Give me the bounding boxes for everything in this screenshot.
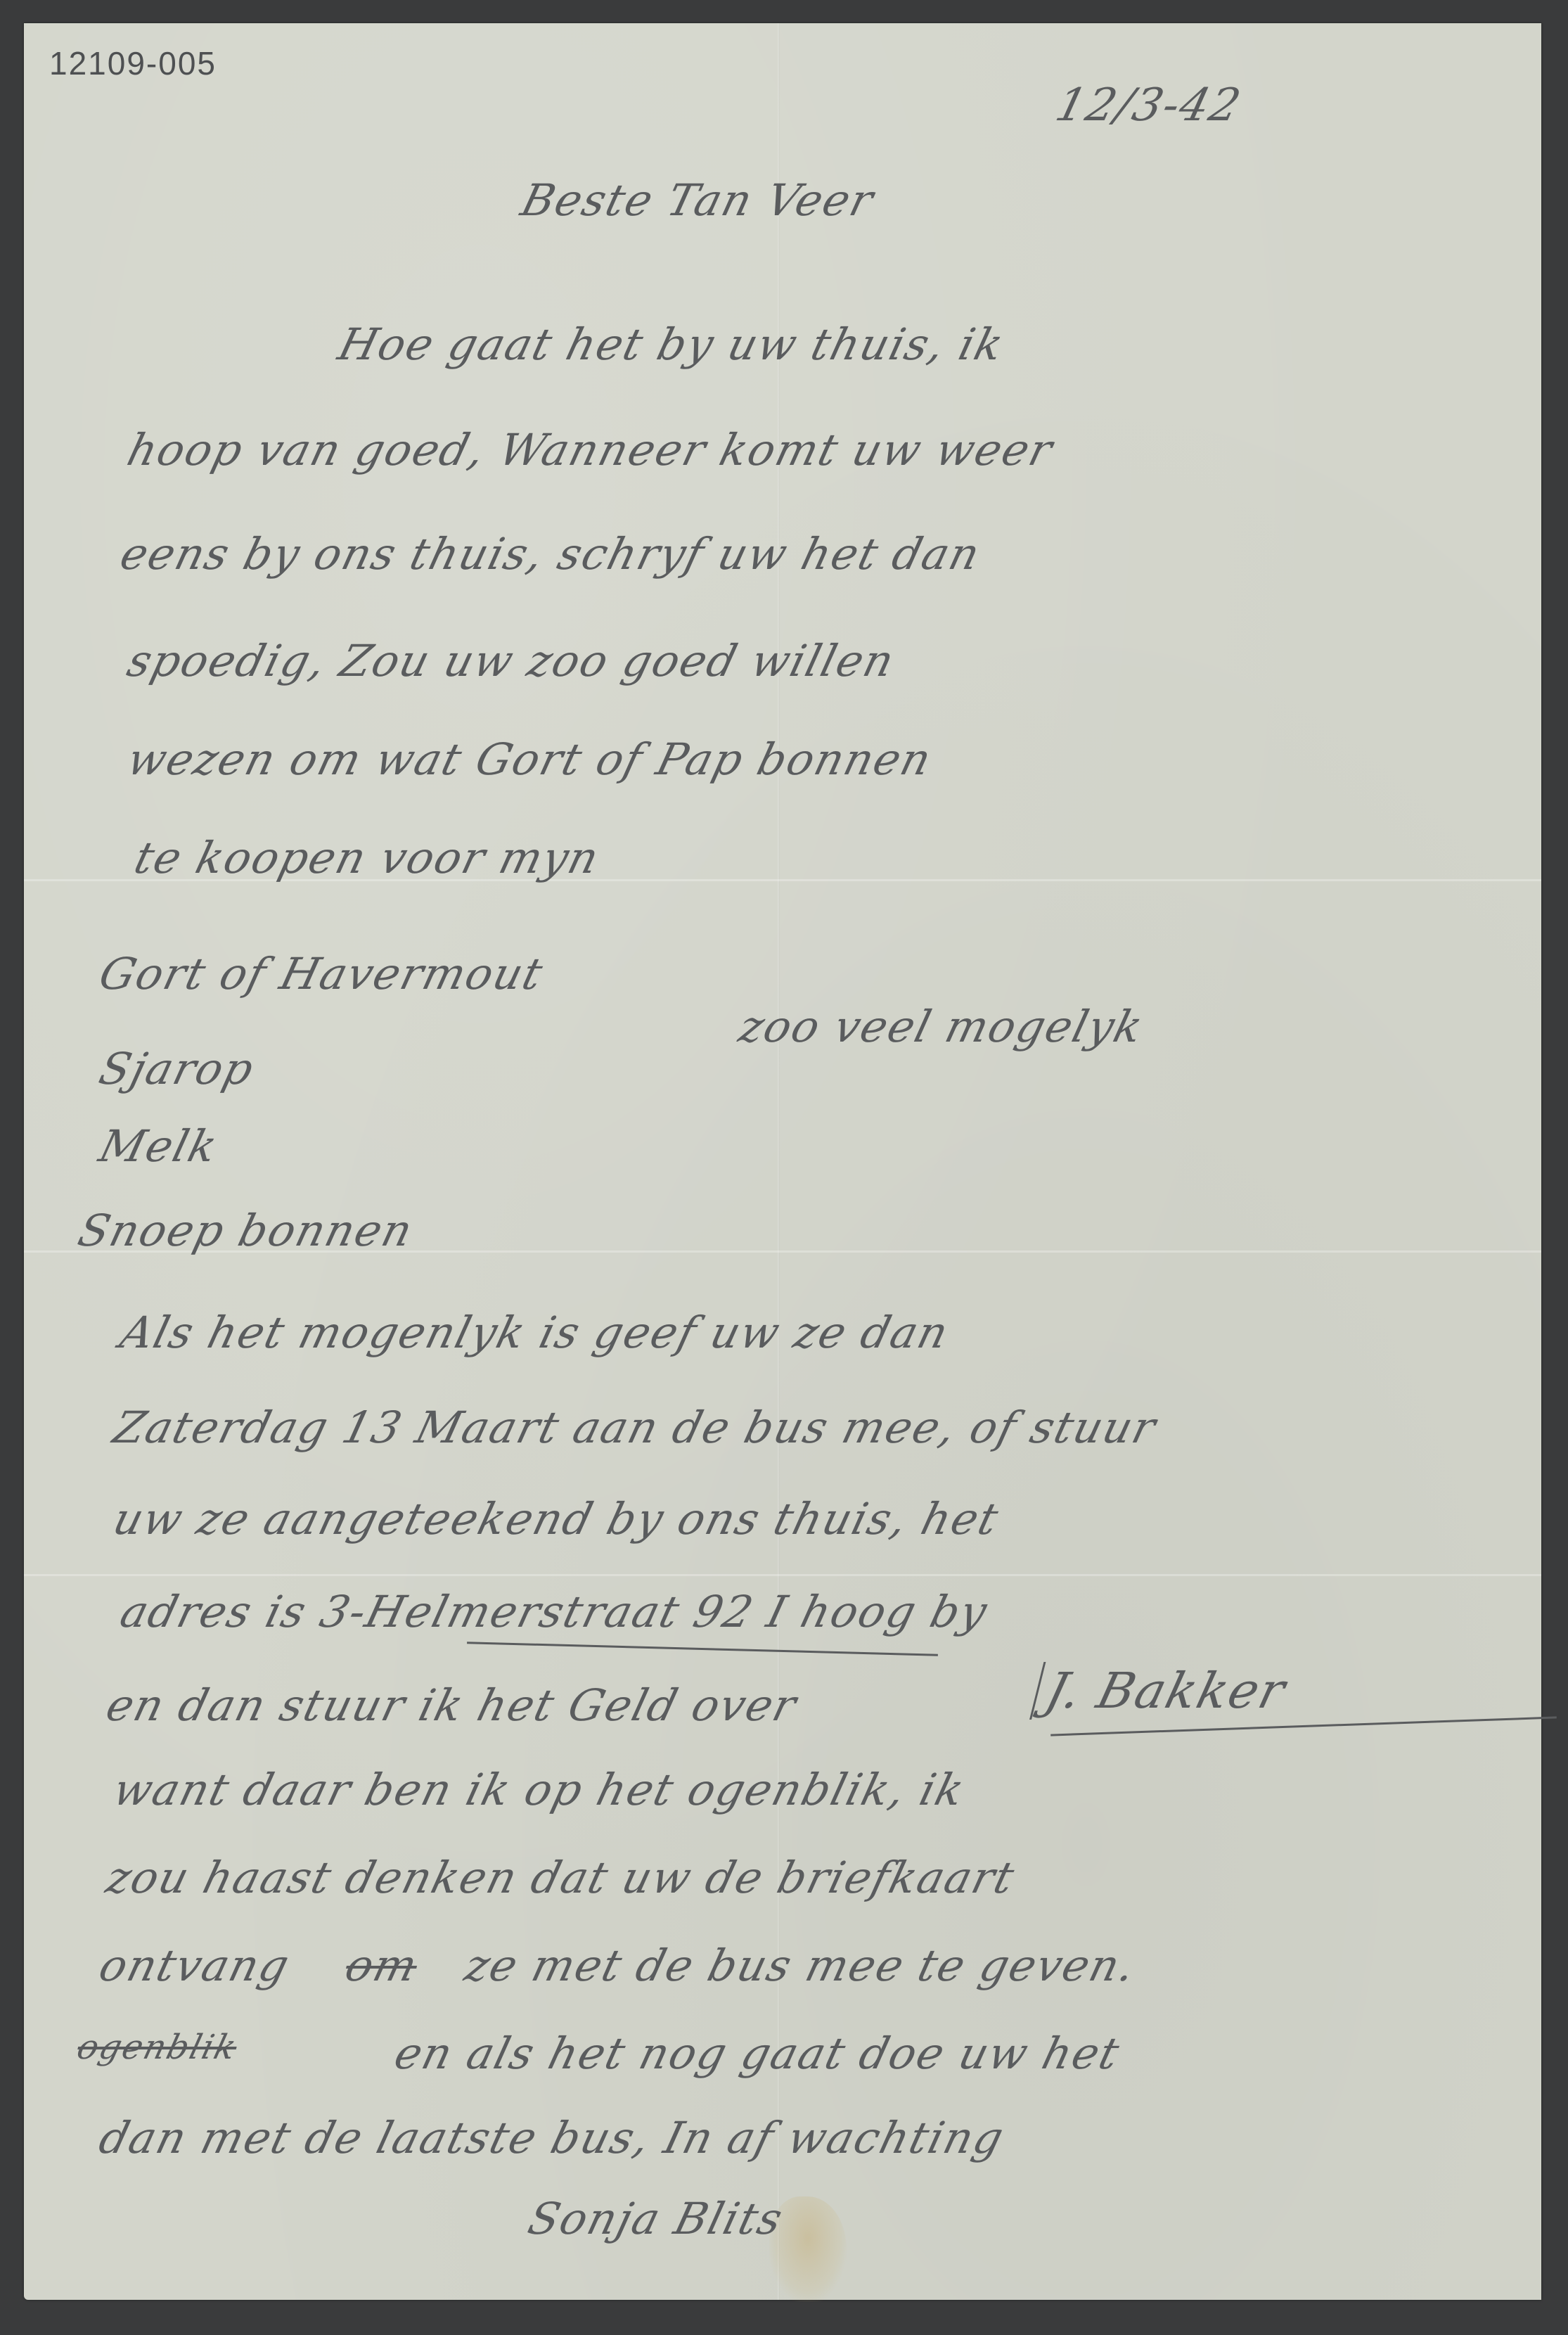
list-item: Sjarop xyxy=(94,1043,260,1094)
body-line: ze met de bus mee te geven. xyxy=(460,1940,1142,1991)
letter-date: 12/3-42 xyxy=(1050,79,1247,132)
struck-word: ogenblik xyxy=(73,2028,241,2067)
address-line: adres is 3-Helmerstraat 92 I hoog by xyxy=(115,1586,994,1637)
body-line: Als het mogenlyk is geef uw ze dan xyxy=(115,1307,955,1358)
archive-id: 12109-005 xyxy=(49,44,217,82)
body-line: want daar ben ik op het ogenblik, ik xyxy=(108,1764,970,1815)
letter-page: 12109-005 12/3-42 Beste Tan Veer Hoe gaa… xyxy=(24,23,1541,2300)
body-line: en dan stuur ik het Geld over xyxy=(101,1680,802,1731)
fold-crease-horizontal xyxy=(24,1574,1541,1576)
body-line: te koopen voor myn xyxy=(129,832,605,883)
body-line: wezen om wat Gort of Pap bonnen xyxy=(122,734,937,785)
struck-word: om xyxy=(340,1940,423,1991)
body-line: uw ze aangeteekend by ons thuis, het xyxy=(108,1493,1005,1544)
closing-line: dan met de laatste bus, In af wachting xyxy=(94,2112,1010,2163)
body-line: ontvang xyxy=(94,1940,295,1991)
list-item: Snoep bonnen xyxy=(73,1205,419,1256)
body-line: hoop van goed, Wanneer komt uw weer xyxy=(122,424,1059,475)
salutation: Beste Tan Veer xyxy=(516,174,880,226)
body-line: eens by ons thuis, schryf uw het dan xyxy=(115,528,986,580)
list-item: Melk xyxy=(94,1120,224,1172)
body-line: zou haast denken dat uw de briefkaart xyxy=(101,1852,1020,1903)
list-note: zoo veel mogelyk xyxy=(734,1001,1149,1052)
list-item: Gort of Havermout xyxy=(94,948,549,999)
recipient-name: J. Bakker xyxy=(1029,1662,1292,1720)
closing-line: en als het nog gaat doe uw het xyxy=(390,2028,1126,2079)
address-underline xyxy=(467,1642,938,1656)
body-line: Zaterdag 13 Maart aan de bus mee, of stu… xyxy=(108,1402,1162,1453)
body-line: spoedig, Zou uw zoo goed willen xyxy=(122,635,900,686)
body-line: Hoe gaat het by uw thuis, ik xyxy=(333,319,1010,370)
signature: Sonja Blits xyxy=(523,2193,789,2244)
